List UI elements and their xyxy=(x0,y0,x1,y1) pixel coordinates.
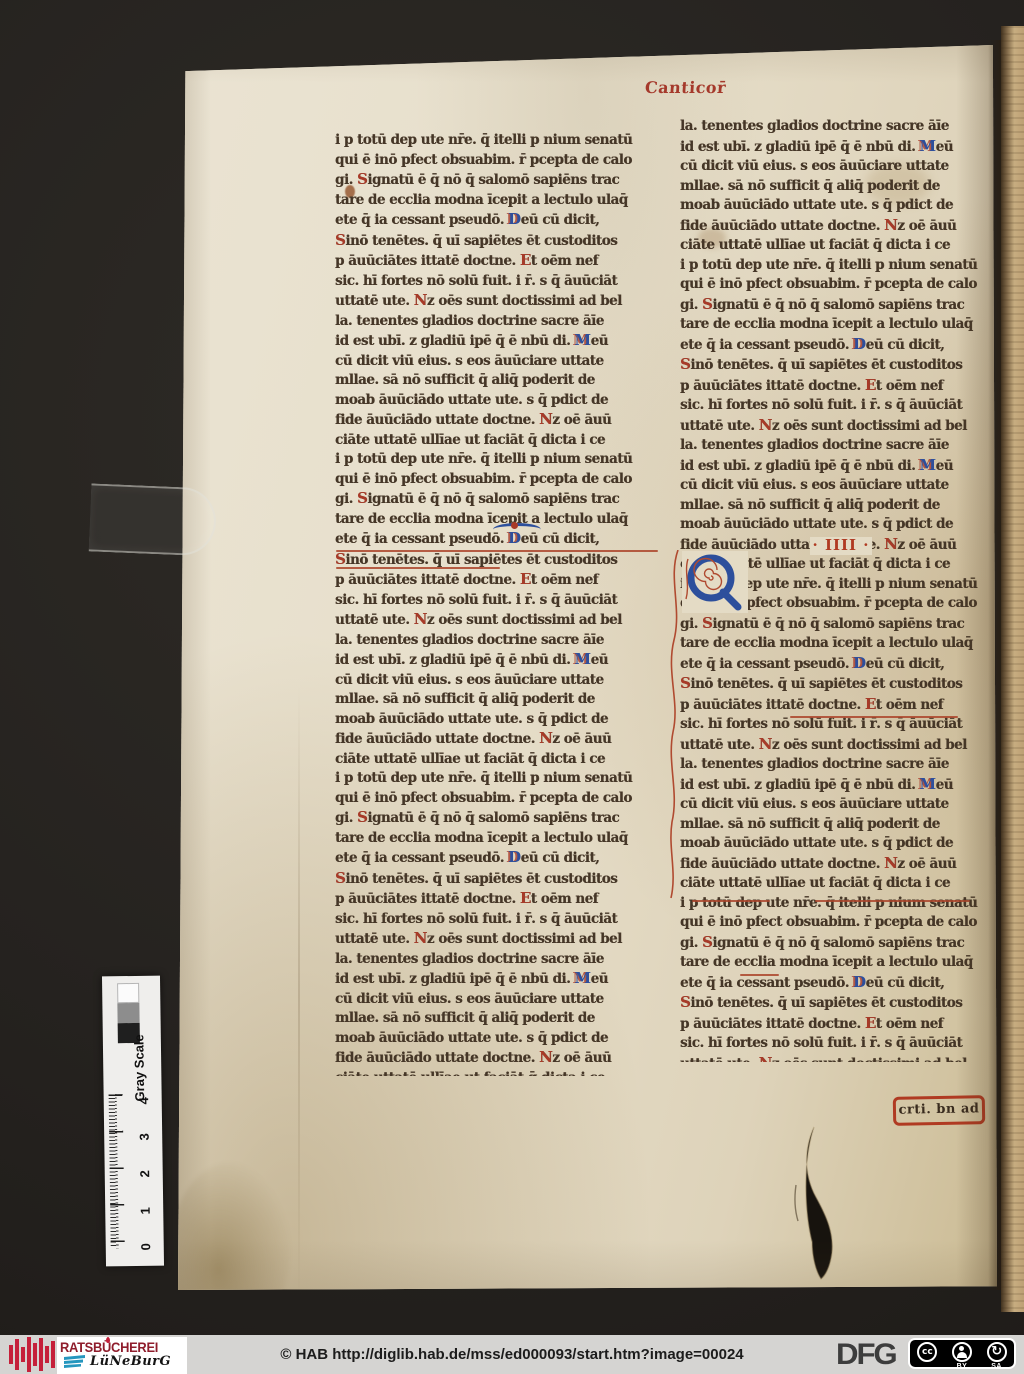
manuscript-text-line: uttatē ute. Nz oēs sunt doctissimi ad be… xyxy=(335,929,663,950)
red-underline xyxy=(740,974,779,976)
cc-sa-icon: ↻ SA xyxy=(982,1342,1012,1370)
manuscript-text-line: qui ē inō pfect obsuabim. r̄ pcepta de c… xyxy=(680,275,1002,295)
ruler-label: Gray Scale xyxy=(131,1034,147,1101)
swatch-gray xyxy=(117,1003,139,1023)
manuscript-text-line: ciāte uttatē ullīae ut faciāt q̄ dicta i… xyxy=(335,431,663,451)
ruler-number: 2 xyxy=(137,1170,152,1177)
marginal-note-box: crti. bn ad xyxy=(893,1095,985,1126)
manuscript-text-line: qui ē inō pfect obsuabim. r̄ pcepta de c… xyxy=(335,151,663,171)
manuscript-text-line: ete q̄ ia cessant pseudō. Deū cū dicit, xyxy=(680,973,1002,994)
manuscript-text-line: sic. hī fortes nō solū fuit. i r̄. s q̄ … xyxy=(680,1034,1002,1054)
manuscript-text-line: moab āuūciādo uttate ute. s q̄ pdict de xyxy=(335,391,663,411)
manuscript-text-line: id est ubī. z gladiū ipē q̄ ē nbū di. Me… xyxy=(680,775,1002,796)
ruler-number: 3 xyxy=(137,1133,152,1140)
manuscript-text-line: mllae. sā nō sufficit q̄ aliq̄ poderit d… xyxy=(680,815,1002,835)
manuscript-text-line: mllae. sā nō sufficit q̄ aliq̄ poderit d… xyxy=(680,177,1002,197)
manuscript-text-line: id est ubī. z gladiū ipē q̄ ē nbū di. Me… xyxy=(680,137,1002,158)
manuscript-text-line: gi. Signatū ē q̄ nō q̄ salomō sapiēns tr… xyxy=(335,489,663,510)
manuscript-text-line: tare de ecclia modna īcepit a lectulo ul… xyxy=(680,953,1002,973)
manuscript-text-line: moab āuūciādo uttate ute. s q̄ pdict de xyxy=(680,515,1002,535)
red-underline xyxy=(790,716,958,718)
manuscript-text-line: Sinō tenētes. q̄ uī sapiētes ēt custodit… xyxy=(680,355,1002,376)
manuscript-text-line: id est ubī. z gladiū ipē q̄ ē nbū di. Me… xyxy=(680,456,1002,477)
red-margin-flourish xyxy=(664,550,686,900)
manuscript-text-line: uttatē ute. Nz oēs sunt doctissimi ad be… xyxy=(680,1054,1002,1063)
manuscript-text-line: Sinō tenētes. q̄ uī sapiētes ēt custodit… xyxy=(335,869,663,890)
manuscript-text-line: cū dicit viū eius. s eos āuūciare uttate xyxy=(335,352,663,372)
manuscript-text-line: qui ē inō pfect obsuabim. r̄ pcepta de c… xyxy=(335,470,663,490)
manuscript-text-line: i p totū dep ute nr̄e. q̄ itelli p nium … xyxy=(335,769,663,789)
manuscript-text-line: gi. Signatū ē q̄ nō q̄ salomō sapiēns tr… xyxy=(335,808,663,829)
initial-q-drawing xyxy=(682,551,748,613)
manuscript-text-line: mllae. sā nō sufficit q̄ aliq̄ poderit d… xyxy=(335,690,663,710)
manuscript-text-line: i p totū dep ute nr̄e. q̄ itelli p nium … xyxy=(680,256,1002,276)
manuscript-text-line: la. tenentes gladios doctrine sacre āīe xyxy=(680,117,1002,137)
manuscript-text-line: Sinō tenētes. q̄ uī sapiētes ēt custodit… xyxy=(680,993,1002,1014)
ruler-number: 0 xyxy=(138,1243,153,1250)
parchment-crease xyxy=(298,685,300,1305)
parchment-hole xyxy=(786,1123,856,1331)
manuscript-text-line: ciāte uttatē ullīae ut faciāt q̄ dicta i… xyxy=(335,750,663,770)
manuscript-text-line: tare de ecclia modna īcepit a lectulo ul… xyxy=(335,829,663,849)
manuscript-text-line: gi. Signatū ē q̄ nō q̄ salomō sapiēns tr… xyxy=(680,295,1002,316)
manuscript-text-line: i p totū dep ute nr̄e. q̄ itelli p nium … xyxy=(335,131,663,151)
dfg-logo: DFG xyxy=(836,1338,896,1372)
ruler-tick-marks xyxy=(109,1094,125,1248)
manuscript-text-line: mllae. sā nō sufficit q̄ aliq̄ poderit d… xyxy=(335,371,663,391)
glass-page-clamp xyxy=(89,483,218,556)
red-underline xyxy=(336,567,500,569)
manuscript-text-line: gi. Signatū ē q̄ nō q̄ salomō sapiēns tr… xyxy=(335,170,663,191)
page-heading: Canticor̄ xyxy=(644,78,726,97)
manuscript-text-line: fide āuūciādo uttate doctne. Nz oē āuū xyxy=(680,854,1002,875)
sa-label: SA xyxy=(982,1363,1012,1370)
manuscript-text-line: ete q̄ ia cessant pseudō. Deū cū dicit, xyxy=(680,654,1002,675)
blue-paragraph-flourish xyxy=(493,523,541,536)
manuscript-text-line: ciāte uttatē ullīae ut faciāt q̄ dicta i… xyxy=(680,236,1002,256)
manuscript-text-line: qui ē inō pfect obsuabim. r̄ pcepta de c… xyxy=(680,913,1002,933)
manuscript-text-line: i p totū dep ute nr̄e. q̄ itelli p nium … xyxy=(335,450,663,470)
footer-bar: RATSBÜCHEREI LüNeBurG © HAB http://digli… xyxy=(0,1335,1024,1374)
red-underline xyxy=(336,550,658,552)
manuscript-text-line: la. tenentes gladios doctrine sacre āīe xyxy=(680,436,1002,456)
parchment-stain xyxy=(170,1163,290,1339)
manuscript-text-line: sic. hī fortes nō solū fuit. i r̄. s q̄ … xyxy=(335,272,663,292)
manuscript-text-line: ete q̄ ia cessant pseudō. Deū cū dicit, xyxy=(335,848,663,869)
manuscript-text-line: la. tenentes gladios doctrine sacre āīe xyxy=(335,950,663,970)
manuscript-text-line: fide āuūciādo uttate doctne. Nz oē āuū xyxy=(335,729,663,750)
text-column-left: i p totū dep ute nr̄e. q̄ itelli p nium … xyxy=(335,131,663,1076)
manuscript-text-line: cū dicit viū eius. s eos āuūciare uttate xyxy=(680,476,1002,496)
manuscript-text-line: sic. hī fortes nō solū fuit. i r̄. s q̄ … xyxy=(335,591,663,611)
by-label: BY xyxy=(947,1363,977,1370)
manuscript-text-line: ete q̄ ia cessant pseudō. Deū cū dicit, xyxy=(680,335,1002,356)
book-fore-edge xyxy=(1001,26,1024,1312)
manuscript-text-line: sic. hī fortes nō solū fuit. i r̄. s q̄ … xyxy=(680,396,1002,416)
manuscript-text-line: mllae. sā nō sufficit q̄ aliq̄ poderit d… xyxy=(680,496,1002,516)
manuscript-text-line: fide āuūciādo uttate doctne. Nz oē āuū xyxy=(680,216,1002,237)
manuscript-text-line: la. tenentes gladios doctrine sacre āīe xyxy=(335,631,663,651)
umlaut-drop-icon xyxy=(106,1337,110,1343)
manuscript-text-line: sic. hī fortes nō solū fuit. i r̄. s q̄ … xyxy=(335,910,663,930)
cc-icon: cc xyxy=(912,1342,942,1362)
ruler-number: 4 xyxy=(136,1097,151,1104)
cc-license-badge: cc BY ↻ SA xyxy=(908,1338,1016,1369)
manuscript-text-line: moab āuūciādo uttate ute. s q̄ pdict de xyxy=(335,710,663,730)
manuscript-text-line: Sinō tenētes. q̄ uī sapiētes ēt custodit… xyxy=(335,231,663,252)
manuscript-text-line: p āuūciātes ittatē doctne. Et oēm nef xyxy=(680,695,1002,716)
manuscript-text-line: moab āuūciādo uttate ute. s q̄ pdict de xyxy=(335,1029,663,1049)
manuscript-text-line: moab āuūciādo uttate ute. s q̄ pdict de xyxy=(680,196,1002,216)
book-gutter-shadow xyxy=(988,40,1002,1290)
manuscript-text-line: p āuūciātes ittatē doctne. Et oēm nef xyxy=(335,251,663,272)
manuscript-text-line: moab āuūciādo uttate ute. s q̄ pdict de xyxy=(680,834,1002,854)
manuscript-text-line: cū dicit viū eius. s eos āuūciare uttate xyxy=(680,157,1002,177)
manuscript-text-line: p āuūciātes ittatē doctne. Et oēm nef xyxy=(680,376,1002,397)
manuscript-text-line: Sinō tenētes. q̄ uī sapiētes ēt custodit… xyxy=(680,674,1002,695)
manuscript-text-line: p āuūciātes ittatē doctne. Et oēm nef xyxy=(335,570,663,591)
initial-q xyxy=(682,551,748,613)
manuscript-text-line: cū dicit viū eius. s eos āuūciare uttate xyxy=(335,990,663,1010)
manuscript-page: Canticor̄ i p totū dep ute nr̄e. q̄ itel… xyxy=(178,45,997,1290)
swatch-white xyxy=(117,983,139,1003)
chapter-numeral: · IIII · xyxy=(810,537,872,555)
manuscript-text-line: i p totū dep ute nr̄e. q̄ itelli p nium … xyxy=(680,894,1002,914)
manuscript-text-line: tare de ecclia modna īcepit a lectulo ul… xyxy=(335,191,663,211)
manuscript-text-line: ete q̄ ia cessant pseudō. Deū cū dicit, xyxy=(335,210,663,231)
manuscript-text-line: uttatē ute. Nz oēs sunt doctissimi ad be… xyxy=(335,291,663,312)
manuscript-text-line: la. tenentes gladios doctrine sacre āīe xyxy=(680,755,1002,775)
manuscript-text-line: ciāte uttatē ullīae ut faciāt q̄ dicta i… xyxy=(335,1069,663,1077)
manuscript-text-line: id est ubī. z gladiū ipē q̄ ē nbū di. Me… xyxy=(335,969,663,990)
manuscript-text-line: ciāte uttatē ullīae ut faciāt q̄ dicta i… xyxy=(680,874,1002,894)
manuscript-text-line: uttatē ute. Nz oēs sunt doctissimi ad be… xyxy=(680,735,1002,756)
manuscript-text-line: tare de ecclia modna īcepit a lectulo ul… xyxy=(680,315,1002,335)
grayscale-ruler: Gray Scale 4 3 2 1 0 xyxy=(102,976,164,1267)
manuscript-text-line: gi. Signatū ē q̄ nō q̄ salomō sapiēns tr… xyxy=(680,933,1002,954)
digitized-manuscript-photo: Canticor̄ i p totū dep ute nr̄e. q̄ itel… xyxy=(0,0,1024,1374)
manuscript-text-line: p āuūciātes ittatē doctne. Et oēm nef xyxy=(335,889,663,910)
manuscript-text-line: mllae. sā nō sufficit q̄ aliq̄ poderit d… xyxy=(335,1009,663,1029)
red-underline xyxy=(815,900,970,902)
manuscript-text-line: cū dicit viū eius. s eos āuūciare uttate xyxy=(680,795,1002,815)
manuscript-text-line: fide āuūciādo uttate doctne. Nz oē āuū xyxy=(335,410,663,431)
red-underline xyxy=(692,900,770,902)
manuscript-text-line: tare de ecclia modna īcepit a lectulo ul… xyxy=(680,634,1002,654)
manuscript-text-line: gi. Signatū ē q̄ nō q̄ salomō sapiēns tr… xyxy=(680,614,1002,635)
ruler-number: 1 xyxy=(138,1207,153,1214)
manuscript-text-line: qui ē inō pfect obsuabim. r̄ pcepta de c… xyxy=(335,789,663,809)
manuscript-text-line: uttatē ute. Nz oēs sunt doctissimi ad be… xyxy=(335,610,663,631)
manuscript-text-line: fide āuūciādo uttate doctne. Nz oē āuū xyxy=(335,1048,663,1069)
manuscript-text-line: la. tenentes gladios doctrine sacre āīe xyxy=(335,312,663,332)
manuscript-text-line: p āuūciātes ittatē doctne. Et oēm nef xyxy=(680,1014,1002,1035)
manuscript-text-line: id est ubī. z gladiū ipē q̄ ē nbū di. Me… xyxy=(335,331,663,352)
manuscript-text-line: cū dicit viū eius. s eos āuūciare uttate xyxy=(335,671,663,691)
manuscript-text-line: id est ubī. z gladiū ipē q̄ ē nbū di. Me… xyxy=(335,650,663,671)
cc-by-icon: BY xyxy=(947,1342,977,1370)
manuscript-text-line: uttatē ute. Nz oēs sunt doctissimi ad be… xyxy=(680,416,1002,437)
